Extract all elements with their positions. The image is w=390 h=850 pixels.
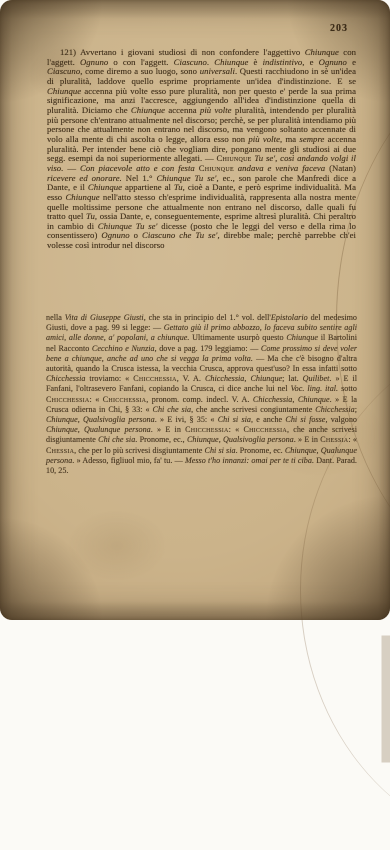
main-paragraph: 121) Avvertano i giovani studiosi di non…	[47, 48, 356, 251]
footnote-paragraph: nella Vita di Giuseppe Giusti, che sta i…	[46, 313, 357, 476]
page-number: 203	[330, 23, 348, 34]
book-page: 203 121) Avvertano i giovani studiosi di…	[0, 0, 390, 620]
